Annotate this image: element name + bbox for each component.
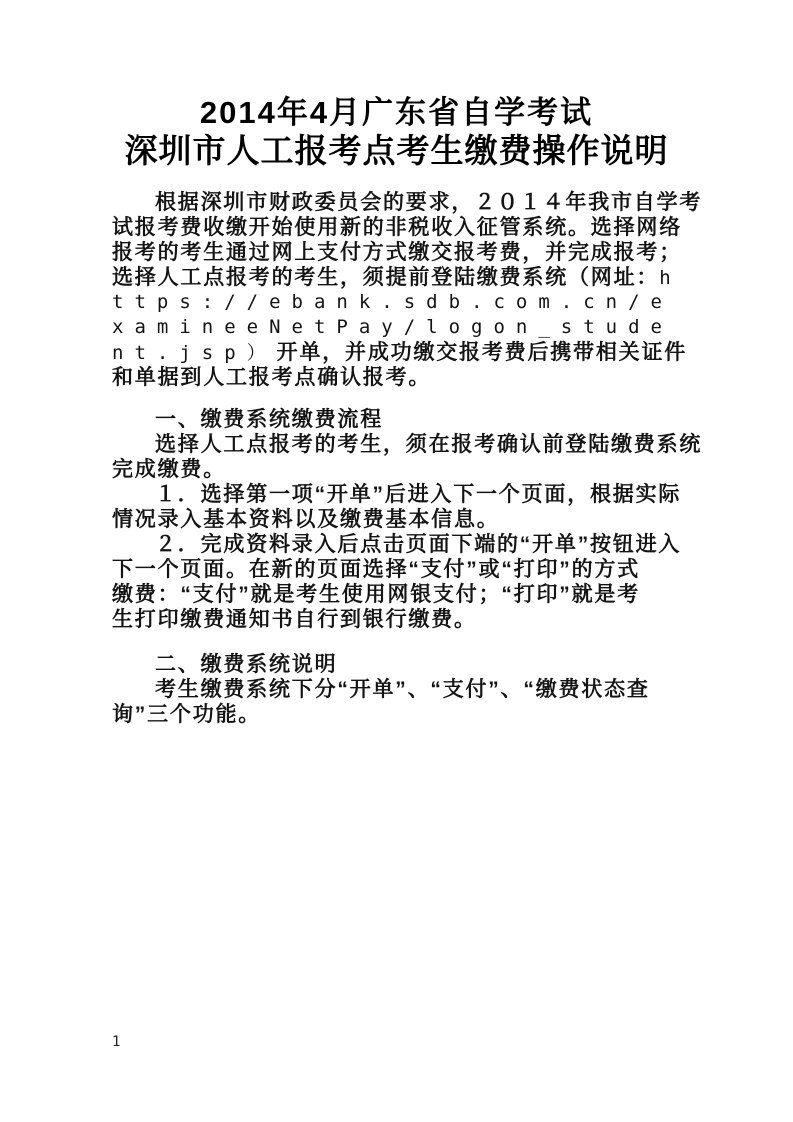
- section1-text-line: 完成缴费。: [112, 457, 686, 482]
- intro-text-line: nt.jsp）开单，并成功缴交报考费后携带相关证件: [112, 340, 686, 365]
- intro-text-segment: 选择人工点报考的考生，须提前登陆缴费系统（网址：: [112, 266, 659, 289]
- intro-text-line: 和单据到人工报考点确认报考。: [112, 365, 686, 390]
- section2-text-line: 考生缴费系统下分“开单”、“支付”、“缴费状态查: [112, 677, 686, 702]
- payment-url-fragment: nt.jsp）: [112, 342, 277, 364]
- document-title-line-1: 2014年4月广东省自学考试: [0, 94, 793, 131]
- payment-url-line: xamineeNetPay/logon_stude: [112, 315, 686, 340]
- section2-text-line: 询”三个功能。: [112, 702, 686, 727]
- section1-item2-line: 生打印缴费通知书自行到银行缴费。: [112, 607, 686, 632]
- section1-text-line: 选择人工点报考的考生，须在报考确认前登陆缴费系统: [112, 432, 686, 457]
- intro-text-line: 报考的考生通过网上支付方式缴交报考费，并完成报考；: [112, 240, 686, 265]
- section1-item2-line: 下一个页面。在新的页面选择“支付”或“打印”的方式: [112, 557, 686, 582]
- payment-url-line: ttps://ebank.sdb.com.cn/e: [112, 290, 686, 315]
- intro-text-line: 根据深圳市财政委员会的要求，２０１４年我市自学考: [112, 190, 686, 215]
- section1-item1-line: １．选择第一项“开单”后进入下一个页面，根据实际: [112, 482, 686, 507]
- section1-heading: 一、缴费系统缴费流程: [112, 407, 686, 432]
- section1-item2-line: 缴费：“支付”就是考生使用网银支付；“打印”就是考: [112, 582, 686, 607]
- page-number: 1: [112, 1034, 120, 1050]
- intro-text-line: 选择人工点报考的考生，须提前登陆缴费系统（网址：h: [112, 265, 686, 290]
- section1-item1-line: 情况录入基本资料以及缴费基本信息。: [112, 507, 686, 532]
- document-title-line-2: 深圳市人工报考点考生缴费操作说明: [0, 131, 793, 170]
- document-body: 根据深圳市财政委员会的要求，２０１４年我市自学考 试报考费收缴开始使用新的非税收…: [112, 190, 686, 727]
- document-title: 2014年4月广东省自学考试 深圳市人工报考点考生缴费操作说明: [0, 0, 793, 170]
- payment-url-fragment: h: [659, 267, 681, 289]
- document-page: 2014年4月广东省自学考试 深圳市人工报考点考生缴费操作说明 根据深圳市财政委…: [0, 0, 793, 1122]
- intro-text-segment: 开单，并成功缴交报考费后携带相关证件: [277, 341, 687, 364]
- intro-text-line: 试报考费收缴开始使用新的非税收入征管系统。选择网络: [112, 215, 686, 240]
- section1-item2-line: ２．完成资料录入后点击页面下端的“开单”按钮进入: [112, 532, 686, 557]
- section2-heading: 二、缴费系统说明: [112, 652, 686, 677]
